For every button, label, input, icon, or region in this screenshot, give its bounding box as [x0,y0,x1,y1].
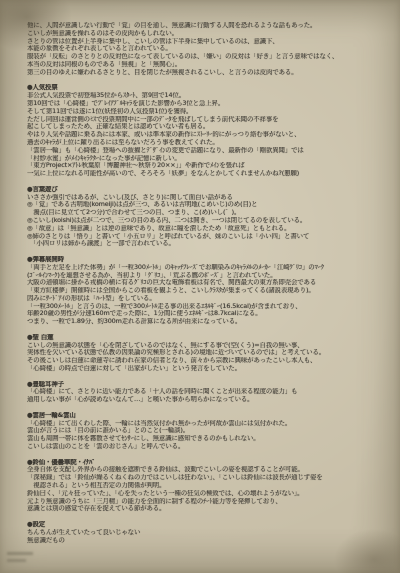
section: ●鈴仙・優曇華院・ｲﾅﾊﾞ全身自体を支配し外界からの接触を遮断できる鈴仙は、波動… [27,459,389,514]
section-text-line: ◎姉のさとりは「悟り」と書いて「小五ロリ」と呼ばれているが、妹のこいしは「小い四… [27,233,389,241]
section-text-line: 濁点(目に見立てて2つ分)で合わせて三つの目、つまり、こ(め)いし(゛)。 [27,209,389,217]
section-header: ●雲居一輪&雲山 [27,412,389,420]
section-text-line: その後こいしは白蓮に命蓮寺に誘われ在家の信者となり、前々から宗教に興味があったこ… [27,357,389,365]
section-text-line: 第10回では「心綺楼」でﾌﾟﾚｲｱﾌﾞﾙｷｬﾗを演じた影響から3位と急上昇。 [27,100,389,108]
section-header: ●言葉遊び [27,186,389,194]
section-header: ●設定 [27,521,389,529]
section-text-line: 全身自体を支配し外界からの接触を遮断できる鈴仙は、波動でこいしの姿を視認すること… [27,466,389,474]
section-header: ●弾幕展開時 [27,256,389,264]
section-text-line: 意識とは別の感覚で存在を捉えている節がある。 [27,505,389,513]
section-text-line: ◎「故意」は「無意識」とは逆の意味であり、故意に瞳を潰したため「故意死」ともとれ… [27,225,389,233]
section-text-line: 元より無意識のうちに「三月精」の能力を全面的に制する程のﾁｰﾄ能力等を発揮してお… [27,498,389,506]
section-text-line: 視認される」という相互否定の力関係が判明。 [27,482,389,490]
section-text-line: 「心綺楼」にて、さとりに近い能力である「十人の話を同時に聞くことが出来る程度の能… [27,388,389,396]
section-text-line: 通用しない事が「心が読めないなんて…」と嘆いた事から明らかになっている。 [27,396,389,404]
section-text-line: ◎こいし(koishi)は点が二つで、三つの目のある内、二つは開き、一つは閉じて… [27,217,389,225]
print-artifact [7,551,47,567]
section-text-line: (ｺﾞｰﾙｲﾝﾏｰｸ)を連想させる為か、当初より「ｸﾞﾘｺ」、「荒ぶる鷹のﾎﾟｰ… [27,272,389,280]
section-text-line: 「両手と左足を上げた体勢」が「一粒300ﾒｰﾄﾙ」のｷｬｯﾁﾌﾚｰｽﾞでお馴染み… [27,264,389,272]
section-text-line: 「雲居一輪」も「心綺楼」登場への抜擢とﾃﾞｻﾞｲﾝの変更で話題になり、最新作の「… [27,147,389,155]
section-text-line: 「東方紅楼夢」開催時には全国からこの看板を観ようと、こいしｸﾗｽﾀが集まってくる… [27,287,389,295]
section-header: ●鈴仙・優曇華院・ｲﾅﾊﾞ [27,459,389,467]
section-text-line: 過去のｷｬﾗが上位に躍り出るには至らないだろう事を教えてくれた。 [27,139,389,147]
section: ●豊聡耳神子「心綺楼」にて、さとりに近い能力である「十人の話を同時に聞くことが出… [27,381,389,404]
section: ●人気投票非公式人気投票で初登場35位からｽﾀｰﾄ、第9回で14位。第10回では… [27,84,389,178]
section-text-line: 「東方Project×ｱﾄﾚ秋葉原「博麗神社～秋祭り20××」」や新作でﾒｲﾝを… [27,162,389,170]
intro-text-line: 他に、人間が意識しない行動で「覚」の目を通し、無意識に行動する人間を恐れるような… [27,22,389,30]
section-text-line: やはり人気や話題に乗る為には本家、或いは準本家の新作にｽﾄｰﾘｰ的にがっつり絡む… [27,131,389,139]
section: ●設定ちんちんが生えていたって良いじゃない無意識だもの [27,521,389,544]
section-text-line: 「村紗水蜜」がﾒｲﾝｷｬﾗｸﾀｰになった事が記憶に新しい。 [27,155,389,163]
section-header: ●聖 白蓮 [27,334,389,342]
section-text-line: 実体性を欠いている状態で仏教の因果論の究極形とされる)の境地に近づいているのでは… [27,349,389,357]
scanned-page: 他に、人間が意識しない行動で「覚」の目を通し、無意識に行動する人間を恐れるような… [0,0,400,573]
section-text-line: 雲山が言うには「目の前に誰かいる」とのこと(一輪談)。 [27,427,389,435]
section: ●聖 白蓮こいしの無意識の状態を「心を閉ざしているのではなく、無にする事で(空(… [27,334,389,373]
section-header: ●人気投票 [27,84,389,92]
section-text-line: いささか強引ではあるが、こいし(及び、さとり)に関して面白い話がある [27,194,389,202]
section-text-line: 大阪の道頓堀に掛かる戎橋の横に有るｸﾞﾘｺの巨大な電飾看板は有名で、関西最大の東… [27,279,389,287]
section: ●言葉遊びいささか強引ではあるが、こいし(及び、さとり)に関して面白い話がある◎… [27,186,389,248]
section-text-line: ちんちんが生えていたって良いじゃない [27,529,389,537]
section-text-line: つまり、一粒で1.89分、約300m走れる計算になる所が由来になっている。 [27,318,389,326]
section-text-line: こいしの無意識の状態を「心を閉ざしているのではなく、無にする事で(空(くう)=自… [27,342,389,350]
section-text-line: 非公式人気投票で初登場35位からｽﾀｰﾄ、第9回で14位。 [27,92,389,100]
intro-text-line: 第三の目のゆえに嫌われるさとりと、目を閉じたが無視されるこいし、と言うのは皮肉で… [27,69,389,77]
section-text-line: 雲山も周囲一帯に体を霧散させてｾﾝｻｰにし、無意識に感知できるのかもしれない。 [27,435,389,443]
section-text-line: ◎「覚」である古明地(komeiji)は点が三つ、あるいは古明地(こめいじ)のめ… [27,201,389,209]
section-header: ●豊聡耳神子 [27,381,389,389]
section-text-line: そして第11回では遂に1位(妖怪初の人気投票1位)を獲得。 [27,108,389,116]
section-text-line: 因みにｻｰﾄﾞｱｲの形状は「ﾊｰﾄ型」をしている。 [27,295,389,303]
section-text-line: 年齢20歳の男性が分速160mで走った際に、1分間に使うｴﾈﾙｷﾞｰは8.7kc… [27,310,389,318]
section-text-line: 鈴仙曰く、「元々狂っていた」、「心を失ったという一種の狂気の極致では、心の壊れよ… [27,490,389,498]
page-text-column: 他に、人間が意識しない行動で「覚」の目を通し、無意識に行動する人間を恐れるような… [27,22,389,544]
section-text-line: 「小四ロリは姉から譲渡」と一部で言われている。 [27,240,389,248]
section-text-line: 「一粒300ﾒｰﾄﾙ」と言うのは、一粒で300ﾒｰﾄﾙ走る事の出来るｴﾈﾙｷﾞｰ… [27,303,389,311]
section: ●雲居一輪&雲山「心綺楼」にて出くわした際、一輪には当然気付かれ無かったが何故か… [27,412,389,451]
intro-text-line: さとりの管は位置が上半身に集中し、こいしの管は下半身に集中しているのは、意識下、 [27,38,389,46]
intro-text-line: 本能の象徴をそれぞれ表していると言われている。 [27,45,389,53]
intro-text-line: 服装が「反転」のさとりとの反対色になって表しているのは、「嫌い」の反対は「好き」… [27,53,389,61]
section-text-line: 無意識だもの [27,537,389,545]
section-text-line: 一気に上位になれる可能性が高いので、そろそろ「妖夢」をなんとかしてくれませんかね… [27,170,389,178]
section-text-line: 起こしてしまったため、正確な結果とは認めていない者も居る。 [27,123,389,131]
section-text-line: 「心綺楼」にて出くわした際、一輪には当然気付かれ無かったが何故か雲山には気付かれ… [27,420,389,428]
intro-text-line: 本当の反対は同根のものである「無視」と「無関心」。 [27,61,389,69]
section-text-line: ただし同回は運営側のﾐｽで投票期間中に一部のﾃﾞｰﾀを飛ばしてしまう前代未聞の不… [27,116,389,124]
section-text-line: 「心綺楼」の時点で白蓮に対して「出家がしたい」という発言をしていた。 [27,365,389,373]
section-text-line: 「深秘録」では「鈴仙が繰るくねくねの力ではこいしは狂わない」、「こいしは鈴仙には… [27,474,389,482]
section: ●弾幕展開時「両手と左足を上げた体勢」が「一粒300ﾒｰﾄﾙ」のｷｬｯﾁﾌﾚｰｽ… [27,256,389,326]
intro-text-line: こいしが無意識を操れるのはその皮肉かもしれない。 [27,30,389,38]
section-text-line: こいしは雲山のことを「雲のおじさん」と呼んでいる。 [27,443,389,451]
